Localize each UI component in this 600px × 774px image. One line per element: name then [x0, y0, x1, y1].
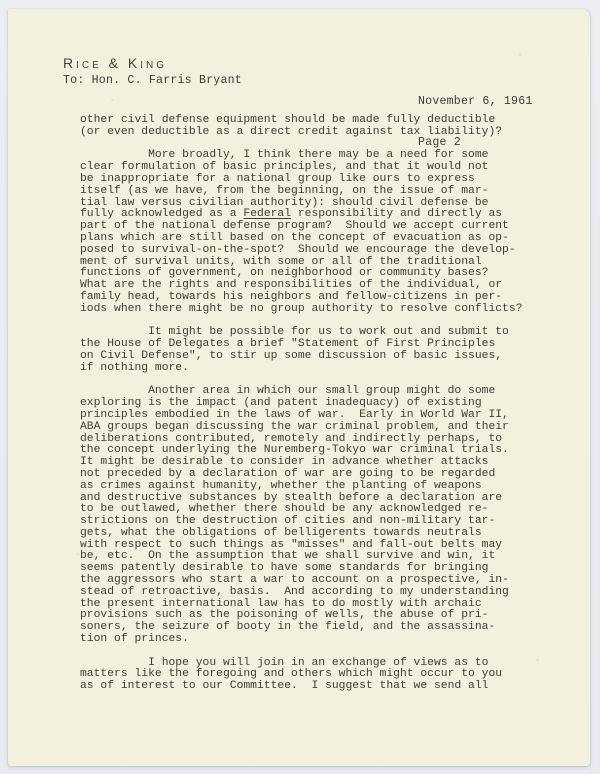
- underlined-word: Federal: [243, 208, 291, 220]
- paragraph: I hope you will join in an exchange of v…: [80, 658, 565, 693]
- paragraph: other civil defense equipment should be …: [80, 115, 565, 139]
- text-line: be inappropriate for a national group li…: [80, 174, 565, 186]
- scene-background: Rice & King To: Hon. C. Farris Bryant No…: [0, 0, 600, 774]
- letter-body: other civil defense equipment should be …: [80, 115, 565, 693]
- text-line: family head, towards his neighbors and f…: [80, 292, 565, 304]
- recipient-line: To: Hon. C. Farris Bryant: [63, 74, 242, 87]
- text-line: itself (as we have, from the beginning, …: [80, 186, 565, 198]
- text-line: principles embodied in the laws of war. …: [80, 410, 565, 422]
- text-line: posed to survival-on-the-spot? Should we…: [80, 245, 565, 257]
- text-line: as crimes against humanity, whether the …: [80, 481, 565, 493]
- text-line: tion of princes.: [80, 634, 565, 646]
- text-line: plans which are still based on the conce…: [80, 233, 565, 245]
- text-line: on Civil Defense", to stir up some discu…: [80, 351, 565, 363]
- text-line: (or even deductible as a direct credit a…: [80, 127, 565, 139]
- text-line: stead of retroactive, basis. And accordi…: [80, 587, 565, 599]
- text-line: not preceded by a declaration of war are…: [80, 469, 565, 481]
- text-line: as of interest to our Committee. I sugge…: [80, 681, 565, 693]
- paragraph: More broadly, I think there may be a nee…: [80, 150, 565, 315]
- text-line: iods when there might be no group author…: [80, 304, 565, 316]
- paragraph: Another area in which our small group mi…: [80, 386, 565, 646]
- text-line: if nothing more.: [80, 363, 565, 375]
- date-line: November 6, 1961: [418, 95, 533, 109]
- text-line: gets, what the obligations of belligeren…: [80, 528, 565, 540]
- letterhead: Rice & King: [63, 55, 167, 71]
- letter-page: Rice & King To: Hon. C. Farris Bryant No…: [8, 9, 590, 766]
- text-line: ABA groups began discussing the war crim…: [80, 422, 565, 434]
- paragraph: It might be possible for us to work out …: [80, 327, 565, 374]
